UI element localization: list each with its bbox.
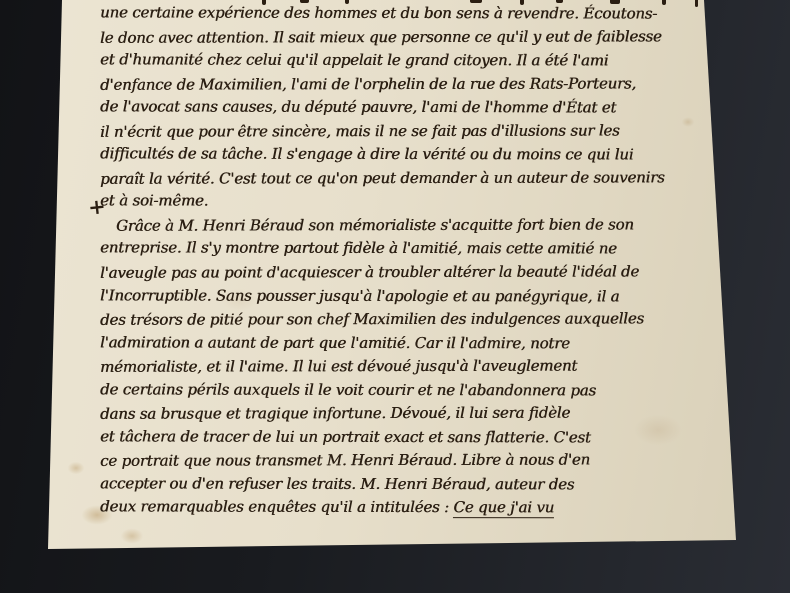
manuscript-line: entreprise. Il s'y montre partout fidèle… (100, 237, 725, 262)
manuscript-line: l'Incorruptible. Sans pousser jusqu'à l'… (100, 284, 725, 309)
manuscript-line: il n'écrit que pour être sincère, mais i… (100, 119, 725, 144)
photo-background: + une certaine expérience des hommes et … (0, 0, 790, 593)
manuscript-line: d'enfance de Maximilien, l'ami de l'orph… (100, 72, 725, 97)
manuscript-line: accepter ou d'en refuser les traits. M. … (100, 472, 725, 497)
last-line-text: deux remarquables enquêtes qu'il a intit… (100, 498, 453, 517)
manuscript-line: dans sa brusque et tragique infortune. D… (100, 401, 725, 426)
manuscript-line: des trésors de pitié pour son chef Maxim… (100, 307, 725, 332)
manuscript-lines: une certaine expérience des hommes et du… (100, 2, 725, 496)
manuscript-line: de l'avocat sans causes, du député pauvr… (100, 96, 725, 121)
manuscript-line: et tâchera de tracer de lui un portrait … (100, 425, 725, 450)
manuscript-line: et d'humanité chez celui qu'il appelait … (100, 48, 725, 73)
underlined-title: Ce que j'ai vu (453, 499, 554, 519)
manuscript-last-line: deux remarquables enquêtes qu'il a intit… (100, 496, 725, 521)
manuscript-line: et à soi-même. (100, 190, 725, 215)
manuscript-line: une certaine expérience des hommes et du… (100, 1, 725, 26)
manuscript-line: ce portrait que nous transmet M. Henri B… (100, 449, 725, 474)
handwritten-text-block: une certaine expérience des hommes et du… (100, 2, 725, 520)
manuscript-line: l'admiration a autant de part que l'amit… (100, 331, 725, 356)
manuscript-line: de certains périls auxquels il le voit c… (100, 378, 725, 403)
manuscript-line: Grâce à M. Henri Béraud son mémorialiste… (100, 213, 725, 238)
manuscript-page: + une certaine expérience des hommes et … (0, 0, 790, 593)
manuscript-line: paraît la vérité. C'est tout ce qu'on pe… (100, 166, 725, 191)
manuscript-line: l'aveugle pas au point d'acquiescer à tr… (100, 260, 725, 285)
manuscript-line: le donc avec attention. Il sait mieux qu… (100, 25, 725, 50)
manuscript-line: difficultés de sa tâche. Il s'engage à d… (100, 143, 725, 168)
manuscript-line: mémorialiste, et il l'aime. Il lui est d… (100, 354, 725, 379)
